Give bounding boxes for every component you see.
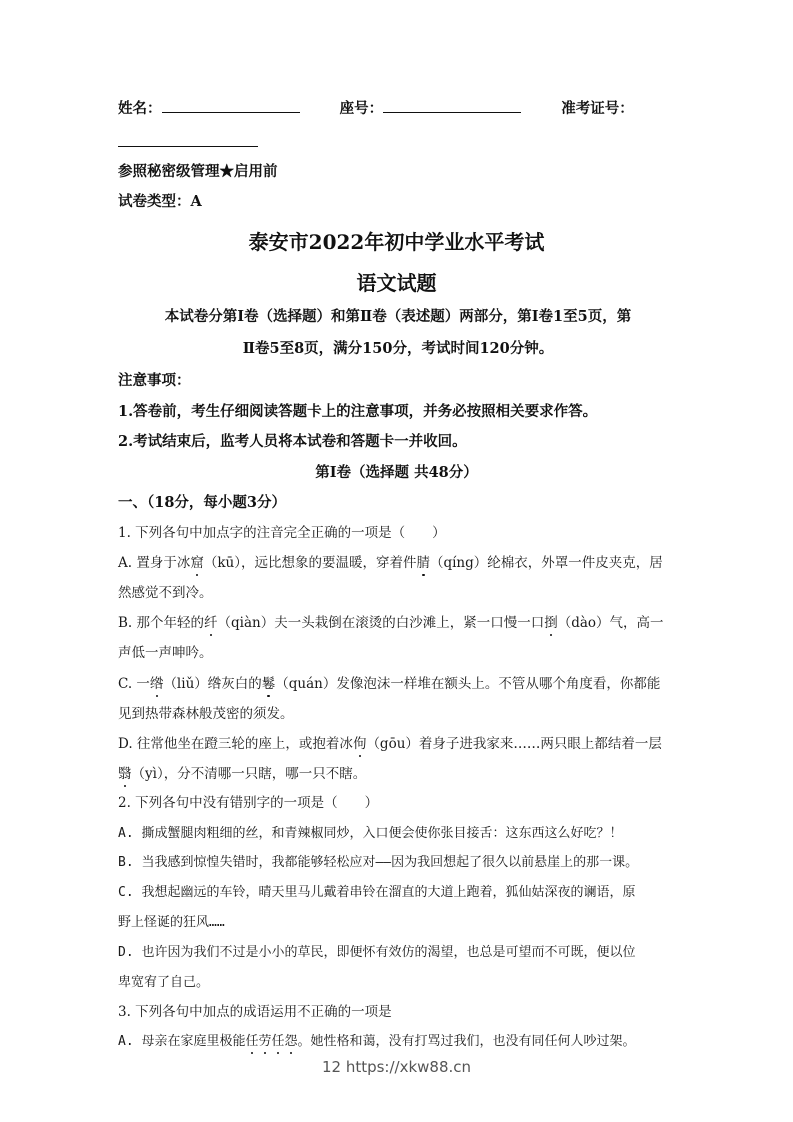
question-2-option-c: C. 我想起幽远的车铃，晴天里马儿戴着串铃在溜直的大道上跑着，狐仙姑深夜的谰语，… — [118, 881, 635, 900]
emphasis-dotted-char: 劳 — [259, 1030, 272, 1049]
exam-title: 泰安市2022年初中学业水平考试 — [0, 226, 793, 255]
paper-type-label: 试卷类型：A — [118, 190, 202, 211]
name-blank[interactable] — [162, 98, 300, 113]
question-3-stem: 3. 下列各句中加点的成语运用不正确的一项是 — [118, 1000, 392, 1020]
question-1-option-b-cont: 声低一声呻吟。 — [118, 641, 213, 661]
emphasis-dotted-char: 任 — [272, 1030, 285, 1049]
emphasis-dotted-char: 翳 — [118, 762, 132, 782]
question-1-stem: 1. 下列各句中加点字的注音完全正确的一项是（ ） — [118, 521, 446, 541]
part-heading: 一、（18分，每小题3分） — [118, 491, 286, 512]
emphasis-dotted-char: 任 — [245, 1030, 258, 1049]
emphasis-dotted-char: 窟 — [190, 551, 204, 571]
volume-heading: 第Ⅰ卷（选择题 共48分） — [0, 461, 793, 482]
emphasis-dotted-char: 捯 — [544, 611, 558, 631]
exam-id-label: 准考证号： — [561, 100, 634, 117]
header-fields-row: 姓名： 座号： 准考证号： — [118, 97, 634, 118]
question-2-stem: 2. 下列各句中没有错别字的一项是（ ） — [118, 791, 378, 811]
question-2-option-d: D. 也许因为我们不过是小小的草民，即便怀有效仿的渴望，也总是可望而不可既，便以… — [118, 941, 635, 960]
exam-id-blank-row — [118, 132, 258, 151]
intro-line-1: 本试卷分第Ⅰ卷（选择题）和第Ⅱ卷（表述题）两部分，第Ⅰ卷1至5页，第 — [118, 305, 678, 326]
question-2-option-b: B. 当我感到惊惶失错时，我都能够轻松应对——因为我回想起了很久以前悬崖上的那一… — [118, 851, 638, 870]
exam-subtitle: 语文试题 — [0, 267, 793, 296]
question-2-option-a: A. 撕成蟹腿肉粗细的丝，和青辣椒同炒，入口便会使你张目接舌：这东西这么好吃？！ — [118, 822, 622, 841]
seat-label: 座号： — [340, 100, 384, 117]
seat-blank[interactable] — [383, 98, 521, 113]
emphasis-dotted-char: 怨 — [285, 1030, 298, 1049]
exam-page: 姓名： 座号： 准考证号： 参照秘密级管理★启用前 试卷类型：A 泰安市2022… — [0, 0, 793, 1122]
emphasis-dotted-char: 绺 — [150, 672, 164, 692]
question-1-option-d-cont: 翳（yì），分不清哪一只瞎，哪一只不瞎。 — [118, 762, 366, 782]
question-1-option-a-cont: 然感觉不到冷。 — [118, 581, 213, 601]
question-2-option-c-cont: 野上怪诞的狂风…… — [118, 911, 225, 930]
notes-item-1: 1.答卷前，考生仔细阅读答题卡上的注意事项，并务必按照相关要求作答。 — [118, 400, 597, 421]
question-2-option-d-cont: 卑宽宥了自己。 — [118, 971, 209, 990]
question-1-option-c-cont: 见到热带森林般茂密的须发。 — [118, 702, 294, 722]
notes-heading: 注意事项： — [118, 369, 191, 390]
question-1-option-a: A. 置身于冰窟（kū），远比想象的要温暖，穿着件腈（qíng）纶棉衣，外罩一件… — [118, 551, 663, 571]
name-label: 姓名： — [118, 100, 162, 117]
question-1-option-d: D. 往常他坐在蹬三轮的座上，或抱着冰佝（gōu）着身子进我家来……两只眼上都结… — [118, 732, 662, 752]
emphasis-dotted-char: 腈 — [416, 551, 430, 571]
question-3-option-a: A. 母亲在家庭里极能任劳任怨。她性格和蔼，没有打骂过我们，也没有同任何人吵过架… — [118, 1030, 636, 1049]
question-1-option-c: C. 一绺（liǔ）绺灰白的鬈（quán）发像泡沫一样堆在额头上。不管从哪个角度… — [118, 672, 660, 692]
page-footer: 12 https://xkw88.cn — [0, 1058, 793, 1076]
question-1-option-b: B. 那个年轻的纤（qiàn）夫一头栽倒在滚烫的白沙滩上，紧一口慢一口捯（dào… — [118, 611, 664, 631]
notes-item-2: 2.考试结束后，监考人员将本试卷和答题卡一并收回。 — [118, 430, 467, 451]
exam-id-blank[interactable] — [118, 132, 258, 147]
emphasis-dotted-char: 纤 — [204, 611, 218, 631]
intro-line-2: Ⅱ卷5至8页，满分150分，考试时间120分钟。 — [118, 337, 678, 358]
emphasis-dotted-char: 佝 — [353, 732, 367, 752]
confidentiality-label: 参照秘密级管理★启用前 — [118, 160, 278, 181]
emphasis-dotted-char: 鬈 — [262, 672, 276, 692]
